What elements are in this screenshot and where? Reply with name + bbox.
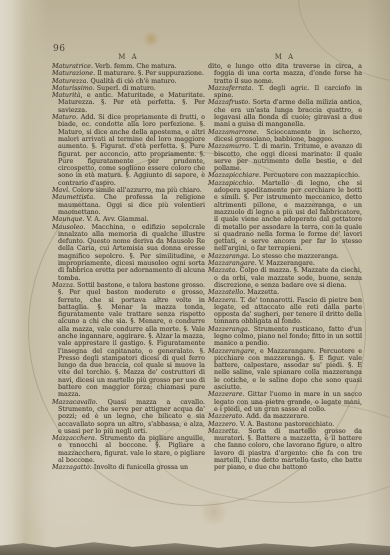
- dictionary-entry: Mazzacchera. Strumento da pigliare angui…: [52, 435, 205, 464]
- running-head-right: M A: [208, 53, 362, 61]
- dictionary-entry: Mausoleo. Macchina, o edifizio sepolcral…: [52, 224, 205, 282]
- dictionary-entry: Mazzerangare, e Mazzarangare. Percuotere…: [208, 348, 362, 392]
- paper-sheet: 96 M A M A Maturatrice. Verb. femm. Che …: [0, 0, 390, 555]
- text-column-right: dito, e lungo otto dita traverse in circ…: [208, 63, 362, 530]
- dictionary-entry: Mazzacavallo. Quasi mazza a cavallo. Str…: [52, 399, 205, 435]
- entry-headword: Maturo: [52, 113, 76, 121]
- entry-headword: Mazzaferrata: [208, 84, 251, 92]
- dictionary-entry: Mazzapicchio. Martello di legno, che si …: [208, 180, 362, 253]
- entry-headword: Mazzerare: [208, 390, 243, 398]
- scanned-book-page: 96 M A M A Maturatrice. Verb. femm. Che …: [0, 0, 390, 555]
- entry-headword: Mazzacavallo: [52, 398, 96, 406]
- entry-headword: Mazzeranga: [208, 325, 248, 333]
- entry-headword: Mazzata: [208, 266, 235, 274]
- entry-headword: Maturità: [52, 91, 81, 99]
- running-head-left: M A: [52, 53, 205, 61]
- entry-headword: Mazza: [52, 281, 73, 289]
- dictionary-entry: Mazzata. Colpo di mazza. §. Mazzate da c…: [208, 267, 362, 289]
- entry-headword: Mazzamarrone: [208, 128, 257, 136]
- dictionary-entry: Maturo. Add. Si dice propriamente di fru…: [52, 114, 205, 187]
- paper-bottom-deckle-edge: [0, 538, 390, 555]
- dictionary-entry: Mazzamurro. T. di marin. Tritume, e avan…: [208, 143, 362, 172]
- dictionary-entry: Mazzagatto. Involto di funicella grossa …: [52, 464, 205, 471]
- dictionary-entry: Maturità, e antic. Maturitade, e Maturit…: [52, 92, 205, 114]
- dictionary-entry: dito, e lungo otto dita traverse in circ…: [208, 63, 362, 85]
- entry-headword: Mazzacchera: [52, 434, 95, 442]
- dictionary-entry: Maumettista. Che professa la religione m…: [52, 194, 205, 216]
- entry-headword: Mazzera: [208, 296, 236, 304]
- entry-headword: Mazzetta: [208, 427, 238, 435]
- entry-headword: Mazzamurro: [208, 142, 249, 150]
- text-column-left: Maturatrice. Verb. femm. Che matura.Matu…: [52, 63, 205, 530]
- dictionary-entry: Mazzafrusto. Sorta d'arme della milizia …: [208, 99, 362, 128]
- entry-headword: Mazzafrusto: [208, 98, 248, 106]
- entry-headword: Mausoleo: [52, 223, 83, 231]
- entry-headword: Mazzapicchio: [208, 179, 252, 187]
- dictionary-entry: Mazzetta. Sorta di martello grosso da mu…: [208, 428, 362, 472]
- entry-headword: Maumettista: [52, 193, 93, 201]
- dictionary-entry: Mazza. Sottil bastone, e talora bastone …: [52, 282, 205, 399]
- entry-headword: Mazzerangare: [208, 347, 255, 355]
- dictionary-entry: Mazzerare. Gittar l'uomo in mare in un s…: [208, 391, 362, 413]
- dictionary-entry: Mazzeranga. Strumento rusticano, fatto d…: [208, 326, 362, 348]
- entry-headword: Mazzagatto: [52, 463, 90, 471]
- dictionary-entry: Mazzera. T. de' tonnarotti. Fascio di pi…: [208, 297, 362, 326]
